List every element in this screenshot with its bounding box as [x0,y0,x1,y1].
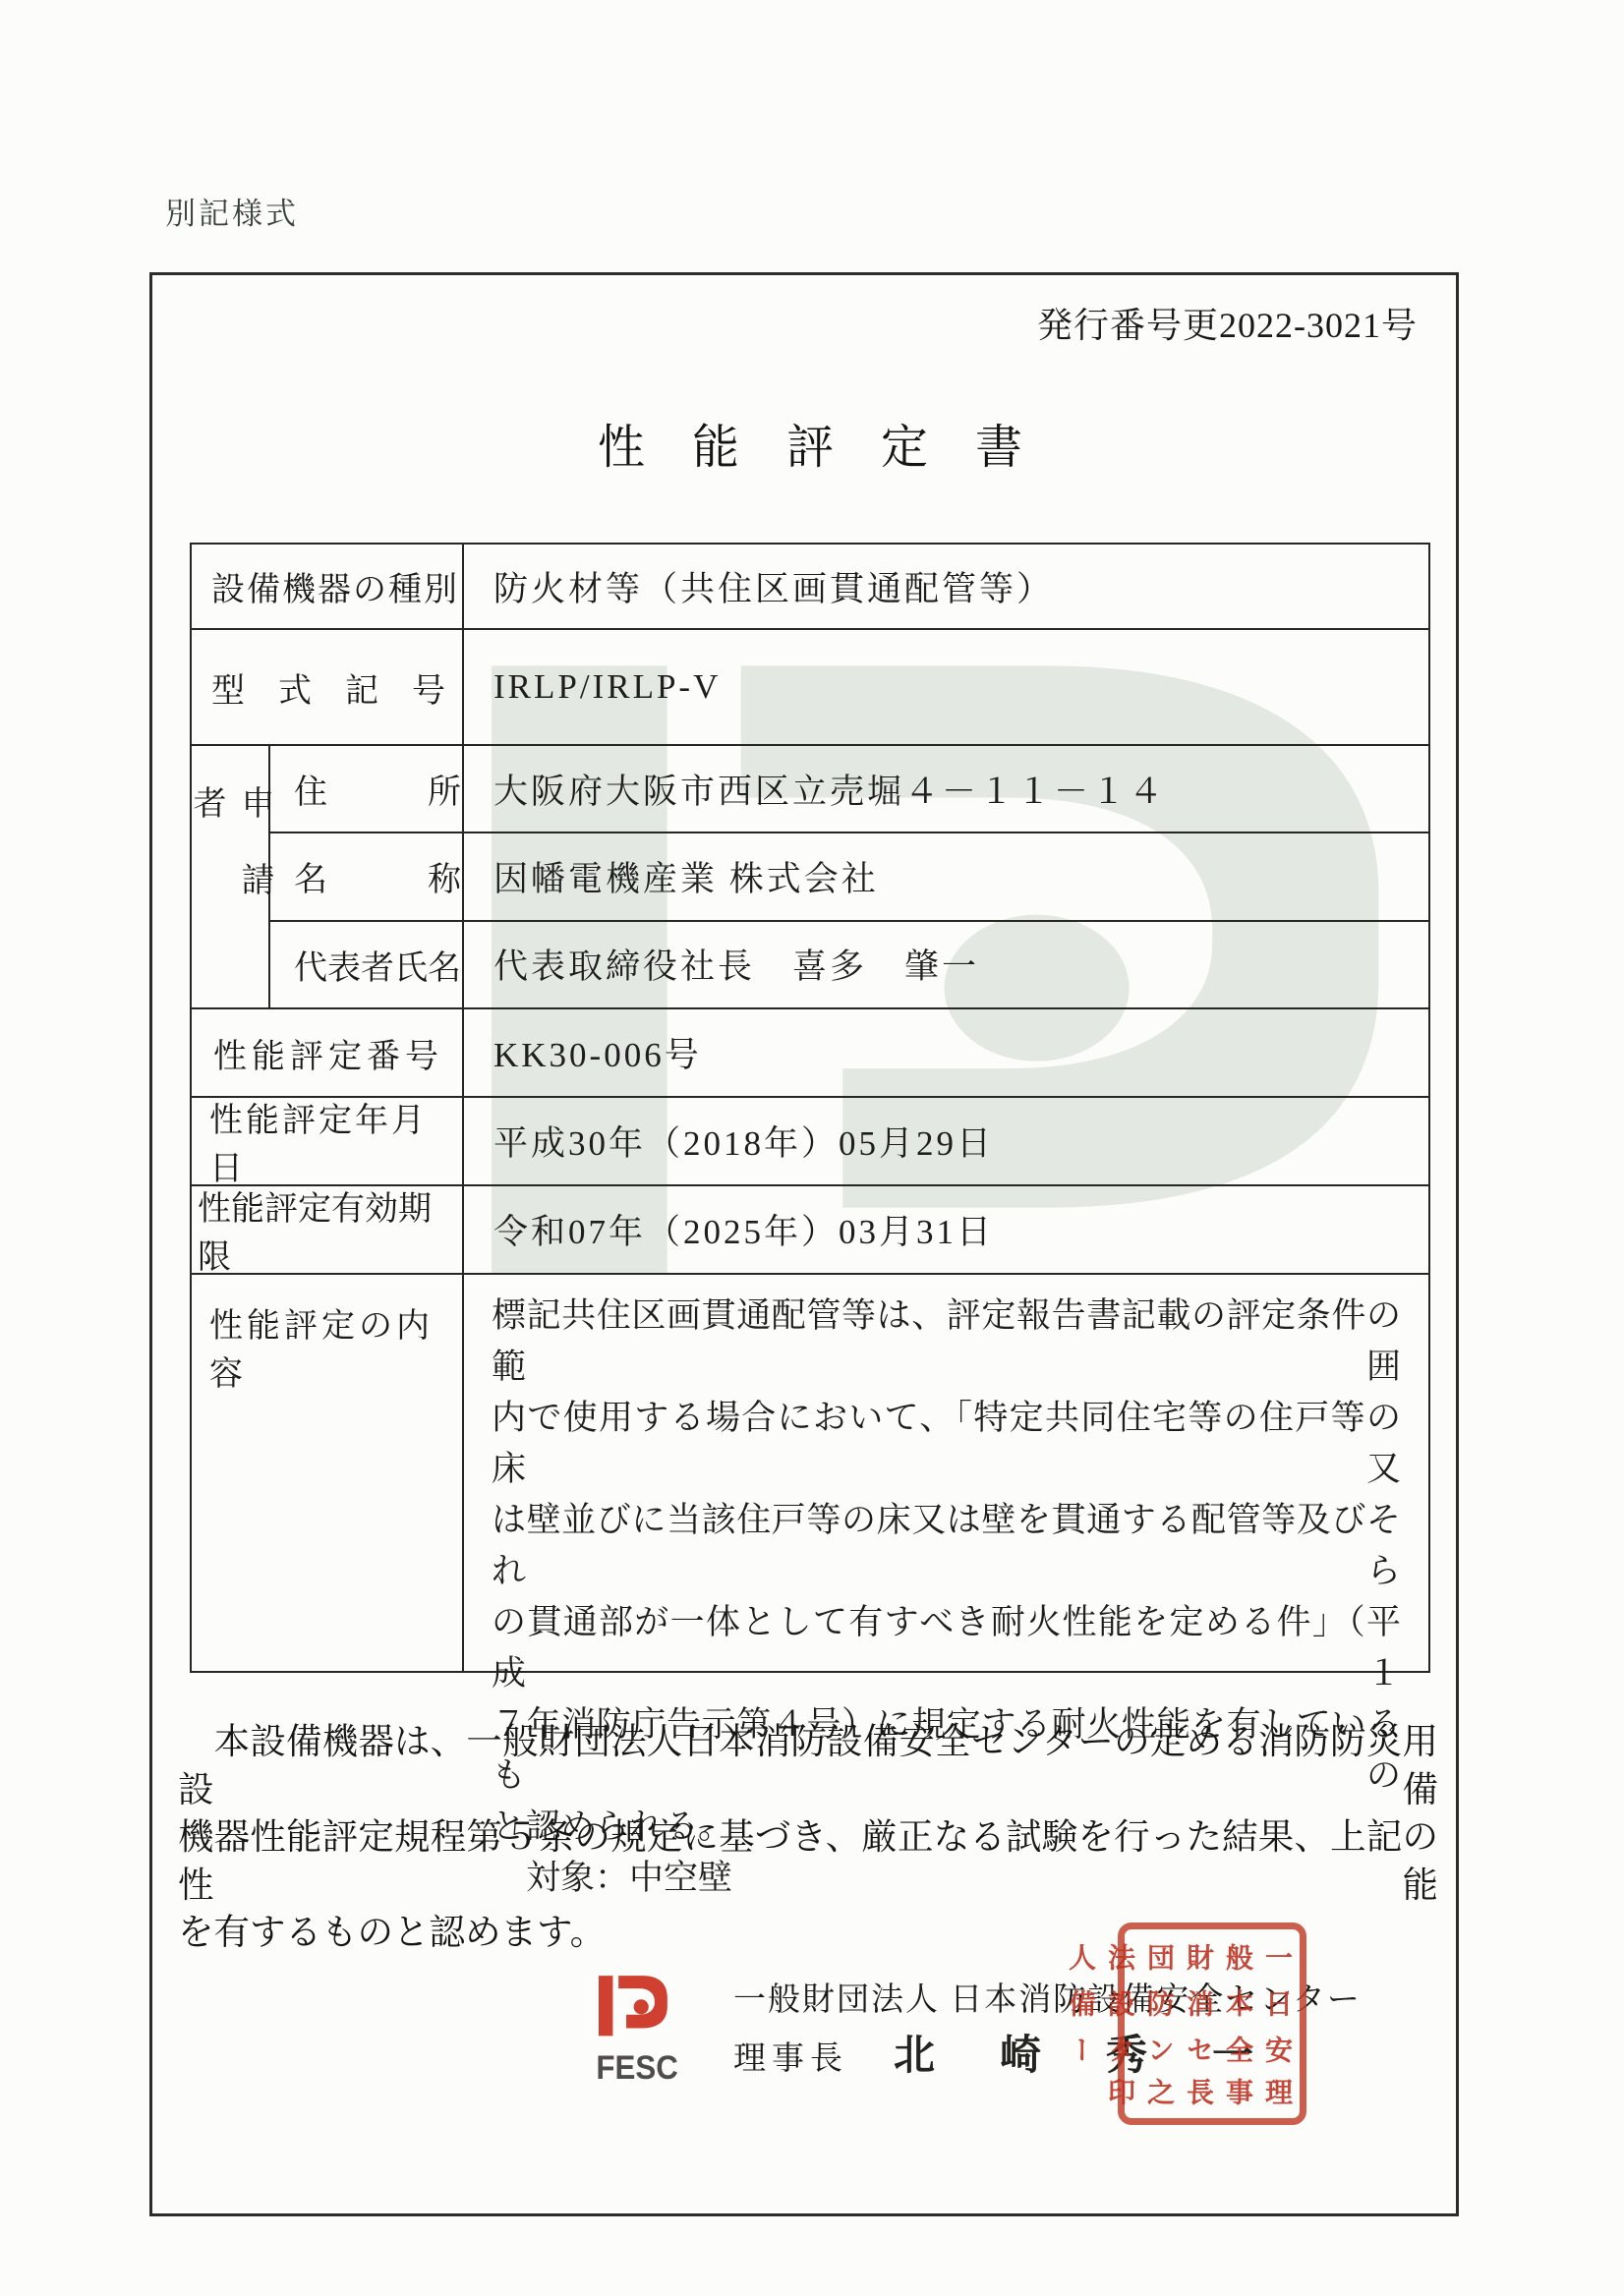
signer-title: 理事長 [733,2033,848,2079]
table-row: 住 所 大阪府大阪市西区立売堀４－１１－１４ [270,746,1428,832]
form-note: 別記様式 [165,189,299,233]
row-label-eval-date: 性能評定年月日 [192,1098,464,1184]
row-value-eval-date: 平成30年（2018年）05月29日 [464,1098,1428,1184]
row-label-representative: 代表者氏名 [270,922,464,1007]
row-label-address: 住 所 [270,746,464,832]
row-label-eval-number: 性能評定番号 [192,1009,464,1096]
table-row: 型 式 記 号 IRLP/IRLP-V [192,628,1428,744]
row-value-address: 大阪府大阪市西区立売堀４－１１－１４ [464,746,1428,832]
row-label-company-name: 名 称 [270,833,464,919]
row-label-model-code: 型 式 記 号 [192,630,464,744]
seal-column: 理事長之印 [1129,2074,1296,2112]
applicant-group-label: 申請者 [192,746,270,1007]
applicant-subrows: 住 所 大阪府大阪市西区立売堀４－１１－１４ 名 称 因幡電機産業 株式会社 代… [270,746,1428,1007]
fesc-logo: FESC [593,1974,675,2088]
certification-statement: 本設備機器は、一般財団法人日本消防設備安全センターの定める消防防災用設備 機器性… [178,1718,1438,1957]
table-row: 性能評定番号 KK30-006号 [192,1007,1428,1096]
statement-line: 機器性能評定規程第５条の規定に基づき、厳正なる試験を行った結果、上記の性能 [178,1813,1438,1909]
table-row: 性能評定の内容 標記共住区画貫通配管等は、評定報告書記載の評定条件の範囲 内で使… [192,1273,1428,1671]
row-value-representative: 代表取締役社長 喜多 肇一 [464,922,1428,1007]
fesc-mark-icon [597,1974,671,2044]
row-value-eval-number: KK30-006号 [464,1009,1428,1096]
table-row: 性能評定年月日 平成30年（2018年）05月29日 [192,1096,1428,1184]
row-value-model-code: IRLP/IRLP-V [464,630,1428,744]
certificate-page: 別記様式 発行番号更2022-3021号 性 能 評 定 書 設備機器の種別 防… [0,0,1624,2296]
table-row: 名 称 因幡電機産業 株式会社 [270,832,1428,919]
seal-column: 安全センター [1129,2028,1296,2074]
seal-column: 日本消防設備 [1129,1981,1296,2028]
eval-content-line: は壁並びに当該住戸等の床又は壁を貫通する配管等及びそれら [492,1495,1401,1597]
eval-content-line: 内で使用する場合において、「特定共同住宅等の住戸等の床又 [492,1393,1401,1495]
eval-content-line: の貫通部が一体として有すべき耐火性能を定める件」（平成１ [492,1597,1401,1699]
table-row: 代表者氏名 代表取締役社長 喜多 肇一 [270,920,1428,1007]
certificate-table: 設備機器の種別 防火材等（共住区画貫通配管等） 型 式 記 号 IRLP/IRL… [190,543,1430,1673]
seal-column: 一般財団法人 [1129,1935,1296,1981]
eval-content-line: 標記共住区画貫通配管等は、評定報告書記載の評定条件の範囲 [492,1291,1401,1393]
official-seal: 一般財団法人 日本消防設備 安全センター 理事長之印 [1118,1923,1306,2125]
applicant-rows: 申請者 住 所 大阪府大阪市西区立売堀４－１１－１４ 名 称 因幡電機産業 株式… [192,744,1428,1007]
row-value-eval-expiry: 令和07年（2025年）03月31日 [464,1186,1428,1273]
row-label-equipment-type: 設備機器の種別 [192,545,464,628]
table-row: 性能評定有効期限 令和07年（2025年）03月31日 [192,1184,1428,1273]
document-title: 性 能 評 定 書 [190,409,1430,477]
row-value-equipment-type: 防火材等（共住区画貫通配管等） [464,545,1428,628]
fesc-logo-text: FESC [596,2049,671,2088]
statement-line: 本設備機器は、一般財団法人日本消防設備安全センターの定める消防防災用設備 [178,1718,1438,1813]
table-row: 設備機器の種別 防火材等（共住区画貫通配管等） [192,545,1428,628]
row-value-eval-content: 標記共住区画貫通配管等は、評定報告書記載の評定条件の範囲 内で使用する場合におい… [464,1275,1428,1671]
row-label-eval-expiry: 性能評定有効期限 [192,1186,464,1273]
row-value-company-name: 因幡電機産業 株式会社 [464,833,1428,919]
issue-number: 発行番号更2022-3021号 [786,298,1418,348]
row-label-eval-content: 性能評定の内容 [192,1275,464,1671]
